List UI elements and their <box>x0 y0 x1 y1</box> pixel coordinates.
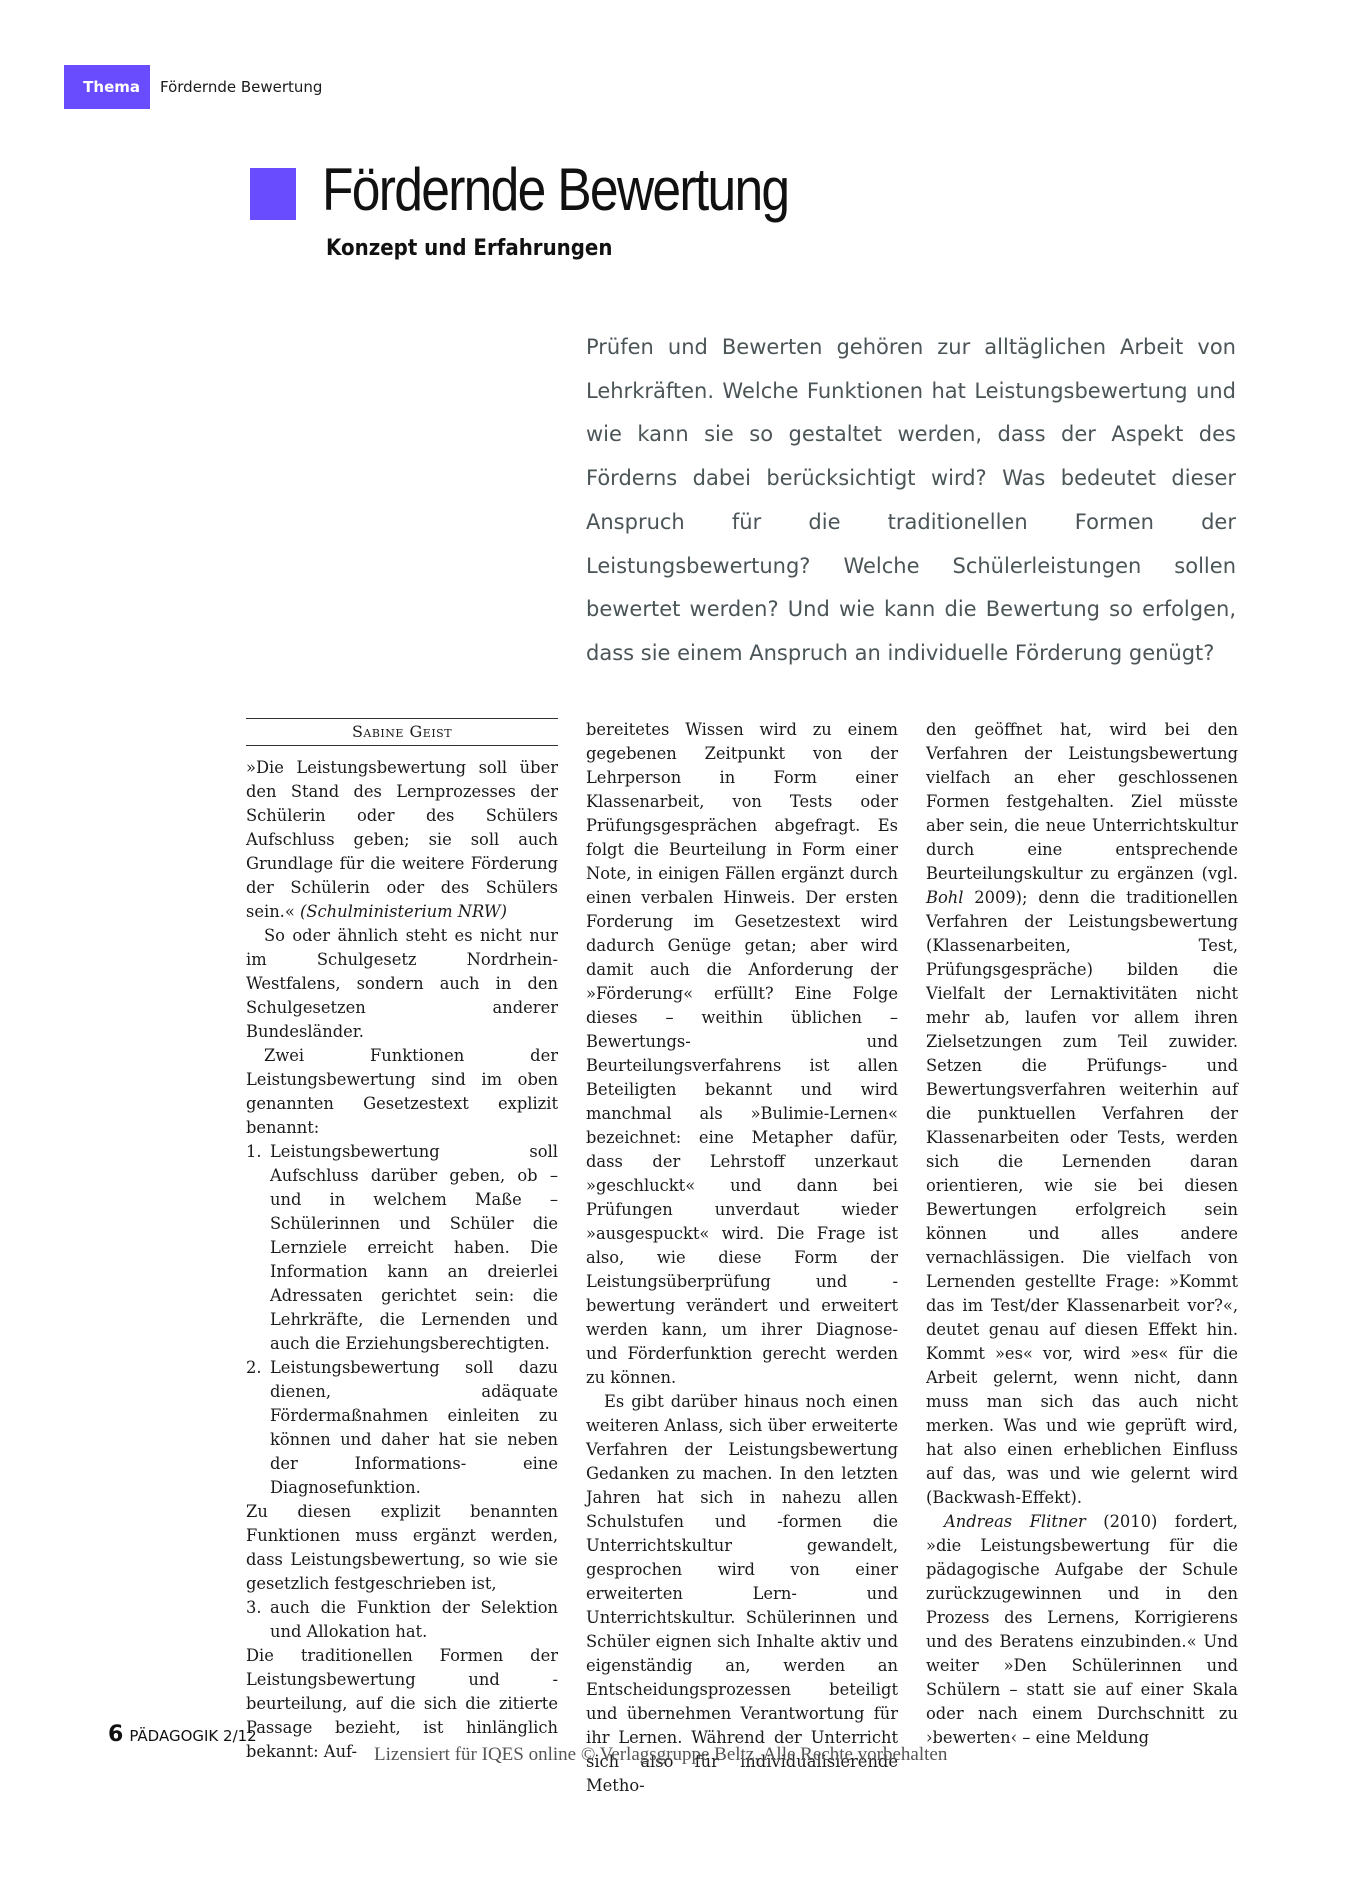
author-byline: Sabine Geist <box>246 718 558 746</box>
article-title: Fördernde Bewertung <box>322 155 788 224</box>
lead-text: Prüfen und Bewerten gehören zur alltägli… <box>586 326 1236 676</box>
page-number: 6 <box>108 1722 123 1747</box>
title-square-icon <box>250 168 296 220</box>
paragraph: Es gibt darüber hinaus noch einen weiter… <box>586 1390 898 1798</box>
paragraph: Zu diesen explizit benannten Funktionen … <box>246 1500 558 1596</box>
paragraph: Zwei Funktionen der Leistungsbewertung s… <box>246 1044 558 1140</box>
text: (2010) fordert, »die Leistungsbewertung … <box>926 1512 1238 1747</box>
citation: Andreas Flitner <box>944 1512 1086 1531</box>
article-lead: Prüfen und Bewerten gehören zur alltägli… <box>586 326 1236 676</box>
section-tag: Thema <box>64 65 150 109</box>
list-item: 1.Leistungsbewertung soll Aufschluss dar… <box>246 1140 558 1356</box>
article-subtitle: Konzept und Erfahrungen <box>326 236 612 261</box>
paragraph: bereitetes Wissen wird zu einem gegebene… <box>586 718 898 1390</box>
list-number: 1. <box>246 1140 270 1356</box>
list-text: Leistungsbewertung soll Aufschluss darüb… <box>270 1140 558 1356</box>
paragraph: den geöffnet hat, wird bei den Verfahren… <box>926 718 1238 1510</box>
column-3: den geöffnet hat, wird bei den Verfahren… <box>926 718 1238 1750</box>
list-item: 2.Leistungsbewertung soll dazu dienen, a… <box>246 1356 558 1500</box>
quote-source: (Schulministerium NRW) <box>300 902 507 921</box>
page-footer: 6PÄDAGOGIK 2/12 <box>108 1722 257 1747</box>
license-notice: Lizensiert für IQES online © Verlagsgrup… <box>374 1744 947 1766</box>
paragraph: So oder ähnlich steht es nicht nur im Sc… <box>246 924 558 1044</box>
column-2: bereitetes Wissen wird zu einem gegebene… <box>586 718 898 1798</box>
list-number: 2. <box>246 1356 270 1500</box>
list-number: 3. <box>246 1596 270 1644</box>
list-text: Leistungsbewertung soll dazu dienen, adä… <box>270 1356 558 1500</box>
citation: Bohl <box>926 888 963 907</box>
text: 2009); denn die traditionellen Verfahren… <box>926 888 1238 1507</box>
text: den geöffnet hat, wird bei den Verfahren… <box>926 720 1238 883</box>
running-header: Thema Fördernde Bewertung <box>64 65 322 109</box>
section-title: Fördernde Bewertung <box>160 78 322 96</box>
list-text: auch die Funktion der Selektion und Allo… <box>270 1596 558 1644</box>
journal-name: PÄDAGOGIK 2/12 <box>129 1727 256 1745</box>
opening-quote: »Die Leistungsbewertung soll über den St… <box>246 756 558 924</box>
quote-text: »Die Leistungsbewertung soll über den St… <box>246 758 558 921</box>
column-1: Sabine Geist »Die Leistungsbewertung sol… <box>246 718 558 1764</box>
paragraph: Andreas Flitner (2010) fordert, »die Lei… <box>926 1510 1238 1750</box>
list-item: 3.auch die Funktion der Selektion und Al… <box>246 1596 558 1644</box>
